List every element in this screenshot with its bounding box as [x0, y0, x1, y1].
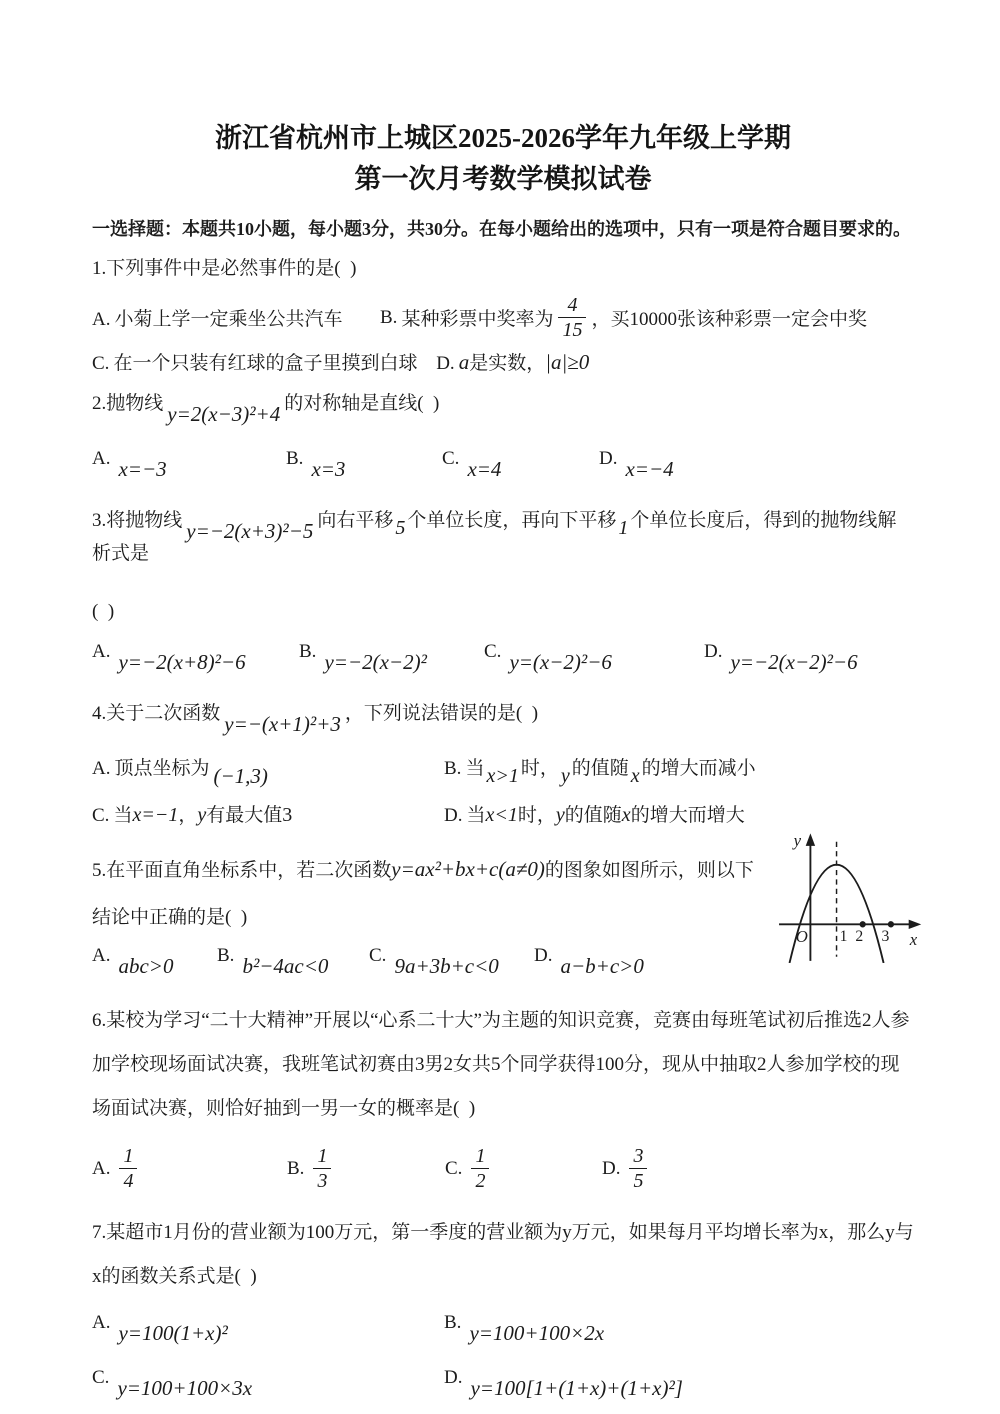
- option-d-math: y=−2(x−2)²−6: [730, 650, 857, 675]
- option-b-math: x=3: [311, 457, 345, 482]
- question-4-stem-pre: 4.关于二次函数: [92, 703, 220, 724]
- question-2-option-c: C.x=4: [442, 445, 599, 470]
- fraction: 4 15: [558, 293, 586, 342]
- question-3: 3.将抛物线y=−2(x+3)²−5向右平移5个单位长度，再向下平移1个单位长度…: [92, 502, 914, 677]
- option-d-math: x=−4: [625, 457, 673, 482]
- option-d-seg1: 当: [466, 805, 485, 826]
- question-1-option-b: B.某种彩票中奖率为 4 15 ，买10000张该种彩票一定会中奖: [380, 293, 914, 342]
- question-1-stem: 1.下列事件中是必然事件的是( ): [92, 253, 914, 285]
- option-d-text: 是实数，: [469, 353, 545, 374]
- question-4: 4.关于二次函数y=−(x+1)²+3，下列说法错误的是( ) A.顶点坐标为(…: [92, 695, 914, 827]
- option-c-label: C.: [445, 1158, 462, 1180]
- question-2-option-a: A.x=−3: [92, 445, 286, 470]
- exam-title: 浙江省杭州市上城区2025-2026学年九年级上学期 第一次月考数学模拟试卷: [92, 118, 914, 199]
- fraction: 13: [313, 1144, 331, 1193]
- question-7-options-row-1: A.y=100(1+x)² B.y=100+100×2x: [92, 1309, 914, 1354]
- option-b-label: B.: [287, 1158, 304, 1180]
- fraction-numerator: 1: [119, 1144, 137, 1168]
- question-5: y x O 1 2 3 5.在平面直角坐标系中，若二次函数y=ax²+bx+c(…: [92, 845, 914, 981]
- option-a-math: y=−2(x+8)²−6: [118, 650, 245, 675]
- question-5-formula: y=ax²+bx+c(a≠0): [391, 857, 545, 881]
- question-6-option-b: B. 13: [287, 1144, 445, 1193]
- option-b-math: y=−2(x−2)²: [324, 650, 426, 675]
- question-6-option-a: A. 14: [92, 1144, 287, 1193]
- question-5-option-c: C.9a+3b+c<0: [369, 942, 534, 967]
- option-b-label: B.: [444, 758, 461, 779]
- option-c-math: 9a+3b+c<0: [394, 954, 498, 979]
- question-6-option-d: D. 35: [602, 1144, 914, 1193]
- option-c-math1: x=−1: [132, 804, 178, 826]
- option-a-math: y=100(1+x)²: [118, 1321, 227, 1346]
- question-7-option-b: B.y=100+100×2x: [444, 1309, 914, 1334]
- question-3-option-c: C.y=(x−2)²−6: [484, 638, 704, 663]
- option-c-label: C.: [92, 1367, 109, 1388]
- exam-title-line2: 第一次月考数学模拟试卷: [92, 159, 914, 200]
- option-a-math: (−1,3): [214, 764, 268, 789]
- option-b-text-pre: 某种彩票中奖率为: [401, 304, 553, 331]
- tick-1: 1: [840, 928, 848, 945]
- question-3-option-a: A.y=−2(x+8)²−6: [92, 638, 299, 663]
- option-d-math3: x: [622, 804, 631, 826]
- option-b-label: B.: [444, 1312, 461, 1333]
- origin-label: O: [796, 927, 808, 946]
- question-3-stem: 3.将抛物线y=−2(x+3)²−5向右平移5个单位长度，再向下平移1个单位长度…: [92, 502, 914, 582]
- fraction-numerator: 4: [563, 293, 581, 317]
- option-b-math3: x: [631, 765, 640, 788]
- option-b-seg2: 时，: [521, 758, 559, 779]
- option-d-label: D.: [444, 805, 462, 826]
- option-c-math: y=(x−2)²−6: [509, 650, 611, 675]
- question-4-option-d: D.当x<1时，y的值随x的增大而增大: [444, 800, 914, 827]
- option-c-math: x=4: [467, 457, 501, 482]
- option-a-label: A.: [92, 758, 110, 779]
- y-axis-arrow: [806, 833, 815, 846]
- question-3-shift-down: 1: [618, 511, 628, 545]
- option-d-math-abs: |a|≥0: [545, 350, 589, 374]
- option-b-label: B.: [380, 307, 397, 329]
- question-1-option-d: D.a是实数，|a|≥0: [436, 353, 589, 374]
- option-c-label: C.: [92, 805, 109, 826]
- section-header: 一选择题：本题共10小题，每小题3分，共30分。在每小题给出的选项中，只有一项是…: [92, 215, 914, 241]
- option-c-label: C.: [442, 448, 459, 469]
- question-7: 7.某超市1月份的营业额为100万元，第一季度的营业额为y万元，如果每月平均增长…: [92, 1211, 914, 1402]
- question-3-formula: y=−2(x+3)²−5: [186, 514, 313, 550]
- option-b-seg4: 的增大而减小: [642, 758, 756, 779]
- question-7-option-d: D.y=100[1+(1+x)+(1+x)²]: [444, 1364, 914, 1389]
- option-a-math: abc>0: [118, 954, 173, 979]
- option-a-label: A.: [92, 1158, 110, 1180]
- question-5-stem-pre: 5.在平面直角坐标系中，若二次函数: [92, 860, 391, 881]
- question-3-option-b: B.y=−2(x−2)²: [299, 638, 484, 663]
- question-3-stem-pre: 3.将抛物线: [92, 510, 182, 531]
- option-b-label: B.: [217, 945, 234, 966]
- option-c-math: y=100+100×3x: [117, 1376, 252, 1401]
- tick-3: 3: [882, 928, 890, 945]
- question-1-option-c: C.在一个只装有红球的盒子里摸到白球: [92, 353, 422, 374]
- option-a-label: A.: [92, 448, 110, 469]
- option-c-seg2: ，: [178, 805, 197, 826]
- option-d-label: D.: [602, 1158, 620, 1180]
- option-b-math: b²−4ac<0: [242, 954, 328, 979]
- option-d-label: D.: [436, 353, 454, 374]
- question-5-option-b: B.b²−4ac<0: [217, 942, 369, 967]
- question-2: 2.抛物线y=2(x−3)²+4的对称轴是直线( ) A.x=−3 B.x=3 …: [92, 385, 914, 484]
- question-6-stem: 6.某校为学习“二十大精神”开展以“心系二十大”为主题的知识竞赛，竞赛由每班笔试…: [92, 999, 914, 1130]
- option-d-math-a: a: [459, 350, 470, 374]
- option-d-math: y=100[1+(1+x)+(1+x)²]: [470, 1376, 682, 1401]
- question-2-stem: 2.抛物线y=2(x−3)²+4的对称轴是直线( ): [92, 385, 914, 435]
- question-7-stem: 7.某超市1月份的营业额为100万元，第一季度的营业额为y万元，如果每月平均增长…: [92, 1211, 914, 1298]
- y-axis-label: y: [792, 831, 802, 850]
- fraction-denominator: 4: [119, 1168, 137, 1193]
- option-c-math2: y: [197, 804, 206, 826]
- question-4-option-c: C.当x=−1，y有最大值3: [92, 800, 444, 827]
- question-2-option-d: D.x=−4: [599, 445, 914, 470]
- fraction-denominator: 2: [471, 1168, 489, 1193]
- question-1: 1.下列事件中是必然事件的是( ) A.小菊上学一定乘坐公共汽车 B.某种彩票中…: [92, 253, 914, 375]
- option-a-math: x=−3: [118, 457, 166, 482]
- option-b-seg1: 当: [465, 758, 484, 779]
- fraction: 35: [629, 1144, 647, 1193]
- option-b-math2: y: [561, 765, 570, 788]
- x-axis-arrow: [909, 920, 922, 929]
- question-6-option-c: C. 12: [445, 1144, 602, 1193]
- question-1-options-row-2: C.在一个只装有红球的盒子里摸到白球 D.a是实数，|a|≥0: [92, 348, 914, 375]
- question-5-option-a: A.abc>0: [92, 942, 217, 967]
- x-axis-label: x: [909, 930, 918, 949]
- option-d-math: a−b+c>0: [560, 954, 643, 979]
- question-2-option-b: B.x=3: [286, 445, 442, 470]
- option-a-label: A.: [92, 1312, 110, 1333]
- question-2-stem-pre: 2.抛物线: [92, 393, 163, 414]
- question-4-stem: 4.关于二次函数y=−(x+1)²+3，下列说法错误的是( ): [92, 695, 914, 743]
- option-d-label: D.: [534, 945, 552, 966]
- option-d-math1: x<1: [486, 804, 518, 826]
- question-4-formula: y=−(x+1)²+3: [224, 707, 341, 743]
- question-3-bracket: ( ): [92, 596, 914, 628]
- option-b-label: B.: [286, 448, 303, 469]
- question-7-option-a: A.y=100(1+x)²: [92, 1309, 444, 1334]
- question-3-option-d: D.y=−2(x−2)²−6: [704, 638, 914, 663]
- question-6-options: A. 14 B. 13 C. 12 D. 35: [92, 1144, 914, 1193]
- point-at-3: [888, 921, 894, 927]
- option-c-seg3: 有最大值: [206, 805, 282, 826]
- option-d-seg3: 的值随: [565, 805, 622, 826]
- option-d-math2: y: [556, 804, 565, 826]
- exam-page: 浙江省杭州市上城区2025-2026学年九年级上学期 第一次月考数学模拟试卷 一…: [0, 0, 1000, 1414]
- question-3-options: A.y=−2(x+8)²−6 B.y=−2(x−2)² C.y=(x−2)²−6…: [92, 638, 914, 677]
- option-b-math1: x>1: [486, 765, 518, 788]
- question-6: 6.某校为学习“二十大精神”开展以“心系二十大”为主题的知识竞赛，竞赛由每班笔试…: [92, 999, 914, 1193]
- option-a-label: A.: [92, 309, 110, 330]
- option-c-seg1: 当: [113, 805, 132, 826]
- option-c-label: C.: [92, 353, 109, 374]
- question-4-options-row-1: A.顶点坐标为(−1,3) B.当x>1时，y的值随x的增大而减小: [92, 753, 914, 790]
- question-7-option-c: C.y=100+100×3x: [92, 1364, 444, 1389]
- option-d-label: D.: [704, 641, 722, 662]
- option-c-label: C.: [369, 945, 386, 966]
- question-3-shift-right: 5: [395, 511, 405, 545]
- fraction-numerator: 1: [471, 1144, 489, 1168]
- question-2-formula: y=2(x−3)²+4: [167, 397, 280, 433]
- question-4-option-b: B.当x>1时，y的值随x的增大而减小: [444, 753, 914, 780]
- question-4-options-row-2: C.当x=−1，y有最大值3 D.当x<1时，y的值随x的增大而增大: [92, 800, 914, 827]
- question-3-seg1: 向右平移: [317, 510, 393, 531]
- fraction-denominator: 5: [629, 1168, 647, 1193]
- option-d-seg4: 的增大而增大: [631, 805, 745, 826]
- question-2-options: A.x=−3 B.x=3 C.x=4 D.x=−4: [92, 445, 914, 484]
- question-2-stem-post: 的对称轴是直线( ): [284, 393, 439, 414]
- option-b-text-post: ，买10000张该种彩票一定会中奖: [591, 304, 867, 331]
- fraction: 14: [119, 1144, 137, 1193]
- question-1-options-row-1: A.小菊上学一定乘坐公共汽车 B.某种彩票中奖率为 4 15 ，买10000张该…: [92, 293, 914, 342]
- question-4-stem-post: ，下列说法错误的是( ): [345, 703, 538, 724]
- option-a-text: 小菊上学一定乘坐公共汽车: [114, 309, 342, 330]
- option-c-label: C.: [484, 641, 501, 662]
- parabola-graph: y x O 1 2 3: [768, 825, 926, 963]
- option-d-seg2: 时，: [518, 805, 556, 826]
- point-at-2: [860, 921, 866, 927]
- option-a-text: 顶点坐标为: [114, 758, 209, 779]
- question-7-options-row-2: C.y=100+100×3x D.y=100[1+(1+x)+(1+x)²]: [92, 1364, 914, 1403]
- question-4-option-a: A.顶点坐标为(−1,3): [92, 753, 444, 780]
- fraction-numerator: 1: [313, 1144, 331, 1168]
- option-c-math3: 3: [282, 804, 292, 826]
- fraction-numerator: 3: [629, 1144, 647, 1168]
- question-5-stem-post: 的图象如图所示，则以下: [545, 860, 754, 881]
- option-c-text: 在一个只装有红球的盒子里摸到白球: [113, 353, 417, 374]
- option-d-label: D.: [444, 1367, 462, 1388]
- question-1-option-a: A.小菊上学一定乘坐公共汽车: [92, 304, 380, 331]
- option-a-label: A.: [92, 641, 110, 662]
- question-3-seg2: 个单位长度，再向下平移: [407, 510, 616, 531]
- fraction-denominator: 3: [313, 1168, 331, 1193]
- tick-2: 2: [855, 928, 863, 945]
- fraction-denominator: 15: [558, 317, 586, 342]
- fraction: 12: [471, 1144, 489, 1193]
- option-d-label: D.: [599, 448, 617, 469]
- option-b-label: B.: [299, 641, 316, 662]
- option-a-label: A.: [92, 945, 110, 966]
- exam-title-line1: 浙江省杭州市上城区2025-2026学年九年级上学期: [92, 118, 914, 159]
- option-b-math: y=100+100×2x: [469, 1321, 604, 1346]
- option-b-seg3: 的值随: [572, 758, 629, 779]
